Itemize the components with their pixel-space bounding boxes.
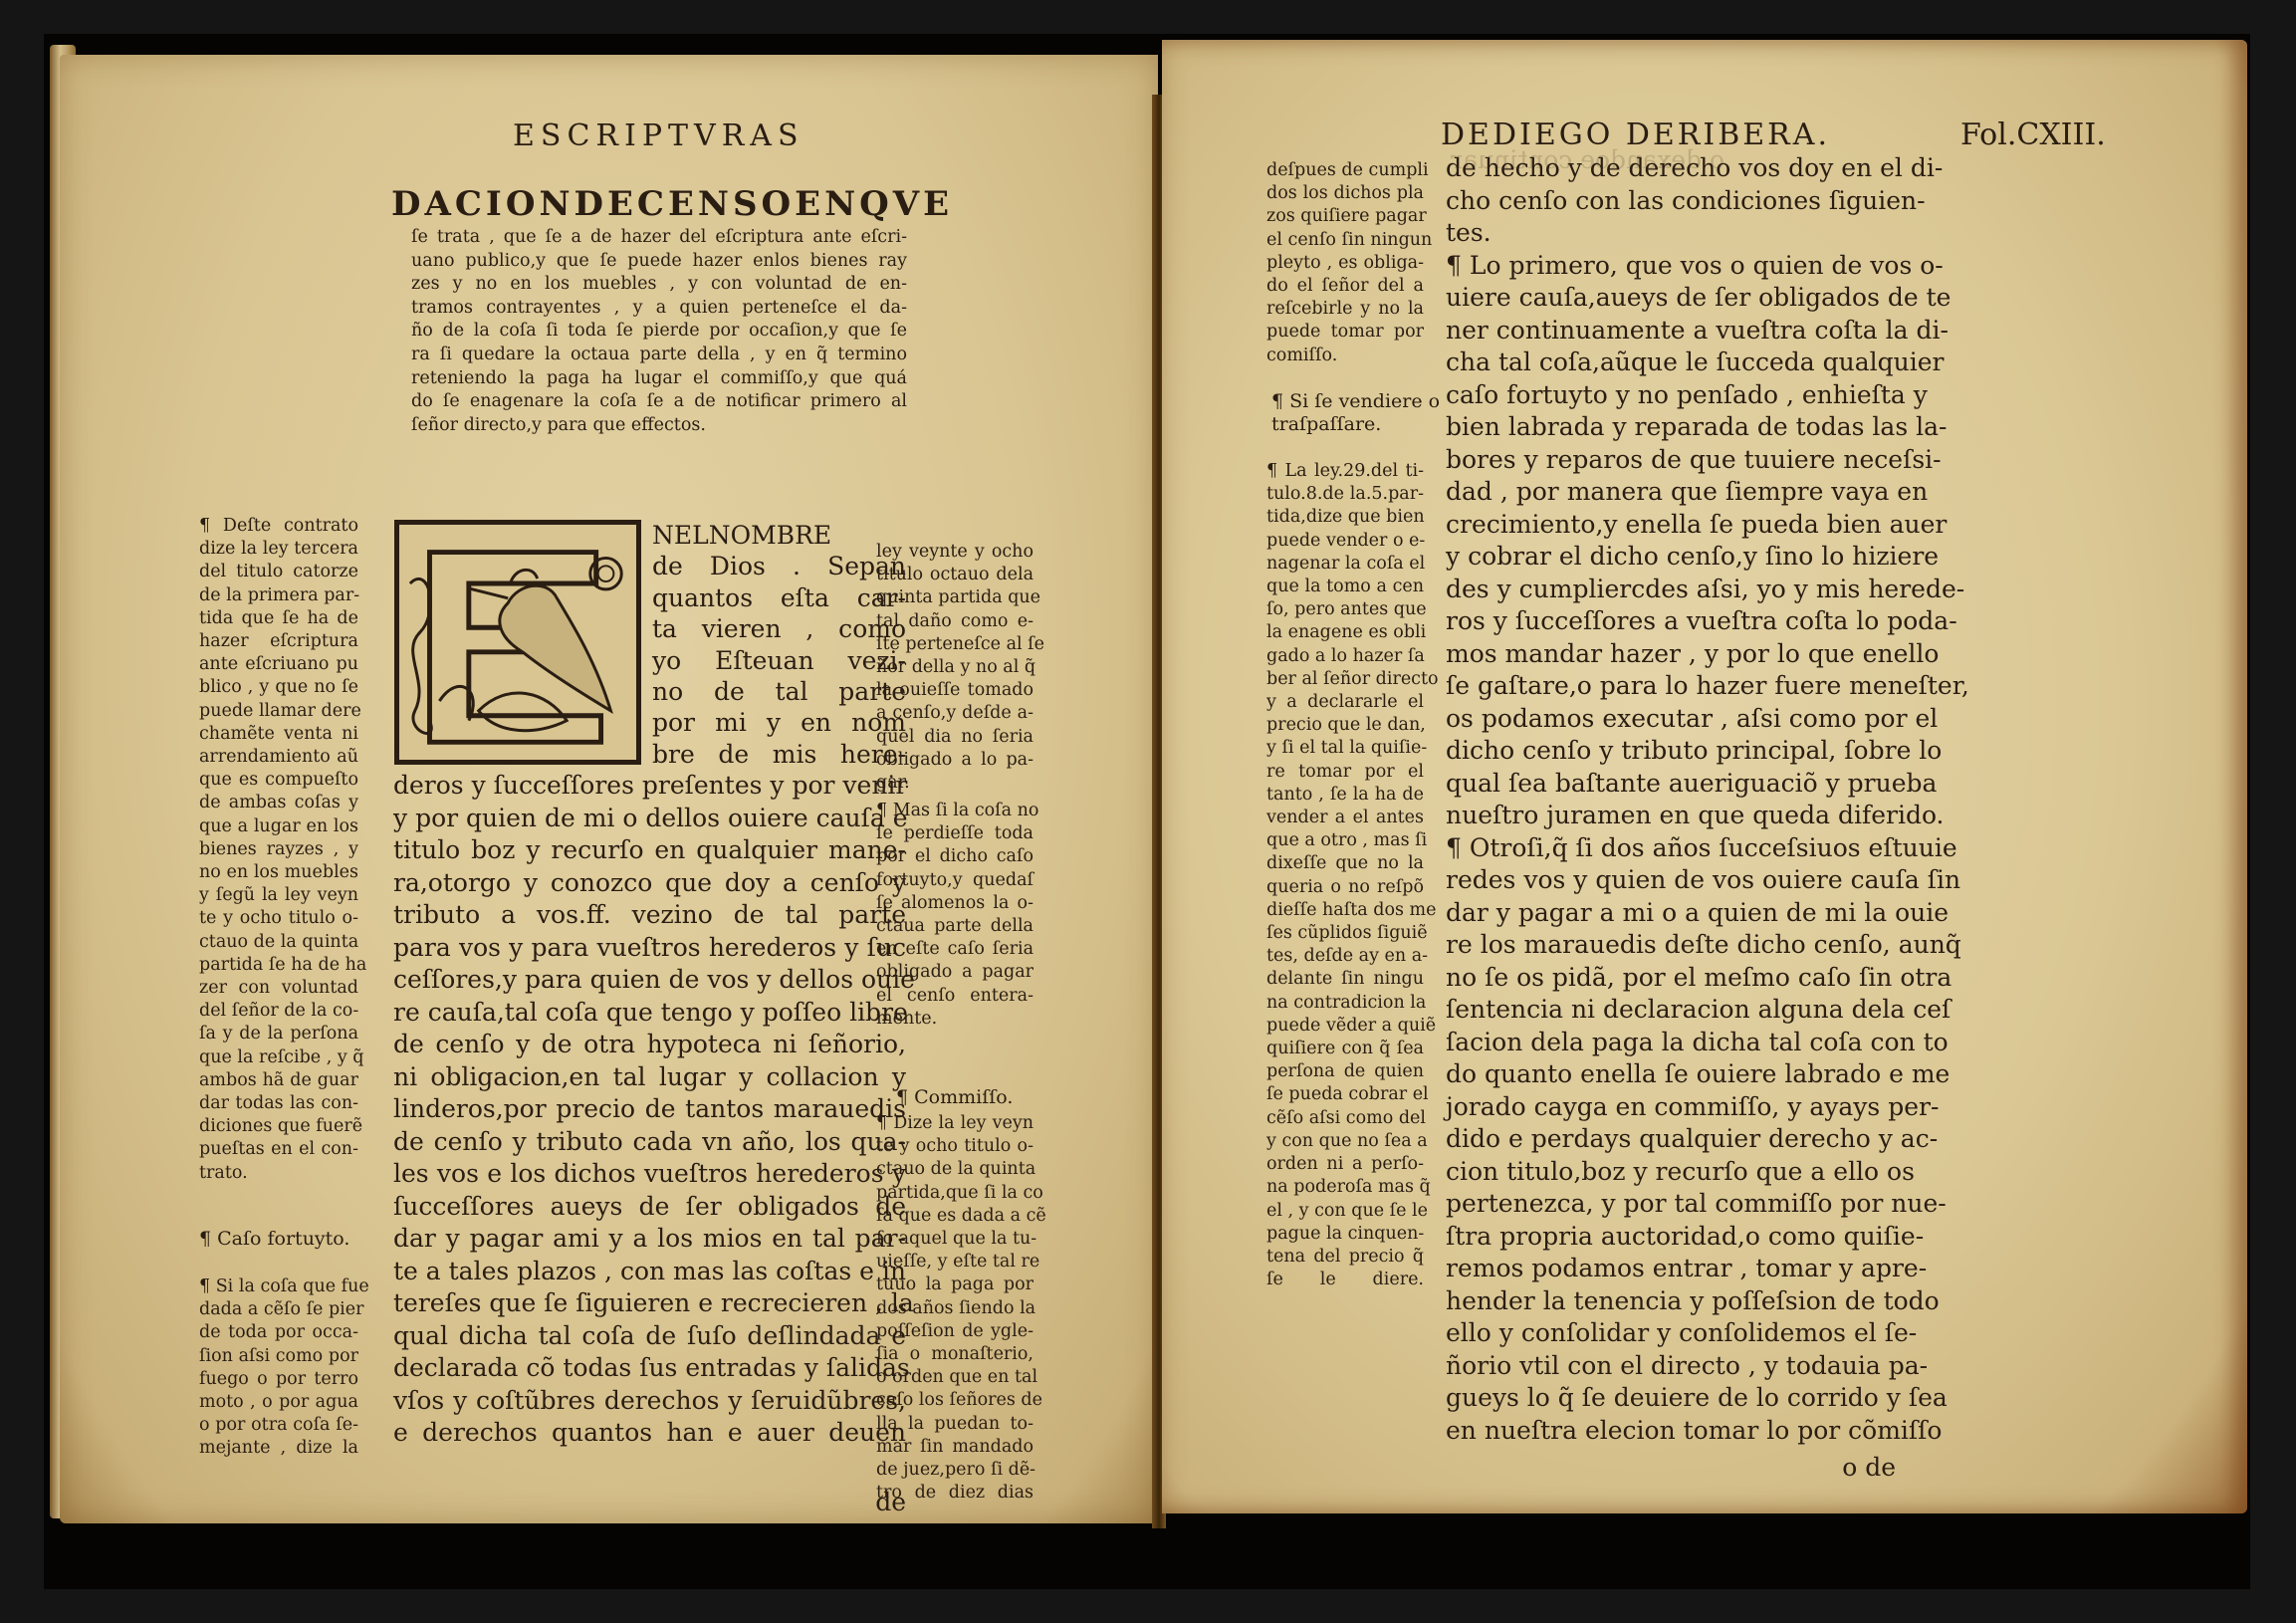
text-line: dos los dichos pla (1266, 182, 1424, 205)
text-line: do ſe enagenare la coſa ſe a de notifica… (411, 390, 907, 414)
text-line: tanto , ſe la ha de (1266, 784, 1424, 807)
text-line: ſe alomenos la o- (876, 892, 1033, 915)
text-line: tes, deſde ay en a- (1266, 945, 1424, 968)
text-line: gueys lo q̃ ſe deuiere de lo corrido y ſ… (1446, 1382, 1896, 1415)
text-line: diciones que fuerẽ (199, 1115, 358, 1138)
text-line: del titulo catorze (199, 561, 358, 583)
text-line: ſentencia ni declaracion alguna dela ceſ (1446, 994, 1896, 1027)
text-line: quiſiere con q̃ ſea (1266, 1038, 1424, 1060)
text-line: que a lugar en los (199, 815, 358, 838)
text-line: la enagene es obli (1266, 621, 1424, 644)
text-line: que la tomo a cen (1266, 576, 1424, 598)
text-line: hender la tenencia y poſſeſsion de todo (1446, 1285, 1896, 1318)
text-line: ſte perteneſce al ſe (876, 633, 1033, 656)
text-line: tida que ſe ha de (199, 607, 358, 630)
text-line: uieſſe, y eſte tal re (876, 1251, 1033, 1274)
text-line: fortuyto,y quedaſ (876, 869, 1033, 892)
text-line: tes. (1446, 217, 1896, 250)
text-line: en eſte caſo ſeria (876, 938, 1033, 961)
text-line: de Dios . Sepan (652, 551, 906, 581)
text-line: vſos y coſtũbres derechos y ſeruidũbres, (393, 1385, 906, 1418)
text-line: te a tales plazos , con mas las coſtas e… (393, 1256, 906, 1288)
text-line: tal daño como e- (876, 610, 1033, 633)
text-line: quel dia no ſeria (876, 726, 1033, 749)
text-line: ſeñor directo,y para que effectos. (411, 414, 907, 438)
text-line: fuego o por terro (199, 1368, 358, 1391)
text-line: cẽſo aſsi como del (1266, 1107, 1424, 1130)
text-line: y cobrar el dicho cenſo,y ſino lo hizier… (1446, 541, 1896, 574)
text-line: ley veynte y ocho (876, 541, 1033, 564)
text-line: pertenezca, y por tal commiſſo por nue- (1446, 1188, 1896, 1221)
text-line: zer con voluntad (199, 977, 358, 1000)
decorated-initial-e (394, 520, 641, 765)
margin-note-left-caso: ¶ Si la coſa que fuedada a cẽſo ſe pierd… (199, 1275, 358, 1461)
text-line: bienes rayzes , y (199, 838, 358, 861)
text-line: ni obligacion,en tal lugar y collacion y (393, 1061, 906, 1094)
body-opening-lines: NELNOMBREde Dios . Sepanquantos eſta car… (652, 520, 906, 770)
text-line: pague la cinquen- (1266, 1223, 1424, 1246)
text-line: ſe perdieſſe toda (876, 822, 1033, 845)
text-line: te y ocho titulo o- (876, 1135, 1033, 1158)
text-line: y a declararle el (1266, 691, 1424, 714)
text-line: ſia o monaſterio, (876, 1343, 1033, 1366)
text-line: caſo los ſeñores de (876, 1389, 1033, 1412)
text-line: tida,dize que bien (1266, 506, 1424, 529)
text-line: partida ſe ha de ha (199, 954, 358, 977)
text-line: tena del precio q̃ (1266, 1246, 1424, 1269)
text-line: qual dicha tal coſa de ſuſo deſlindada e (393, 1320, 906, 1353)
text-line: el cenſo entera- (876, 985, 1033, 1008)
text-line: dieſſe haſta dos me (1266, 899, 1424, 922)
text-line: chamẽte venta ni (199, 723, 358, 746)
text-line: comiſſo. (1266, 345, 1424, 367)
text-line: ſes cũplidos ſiguiẽ (1266, 922, 1424, 945)
text-line: hazer eſcriptura (199, 630, 358, 653)
left-body-text: deros y ſucceſſores preſentes y por veni… (393, 770, 906, 1450)
text-line: obligado a pagar (876, 961, 1033, 984)
text-line: ctauo de la quinta (876, 1158, 1033, 1181)
text-line: dido e perdays qualquier derecho y ac- (1446, 1123, 1896, 1156)
margin-heading-vendiere: ¶ Si ſe vendiere otraſpaſſare. (1271, 390, 1426, 436)
text-line: cha tal coſa,aũque le ſucceda qualquier (1446, 347, 1896, 379)
text-line: ¶ Si la coſa que fue (199, 1275, 358, 1298)
text-line: nagenar la coſa el (1266, 553, 1424, 576)
margin-heading-caso-fortuyto: ¶ Caſo fortuyto. (199, 1228, 358, 1251)
text-line: que a otro , mas ſi (1266, 829, 1424, 852)
text-line: tereſes que ſe ſiguieren e recrecieren ,… (393, 1287, 906, 1320)
text-line: de la primera par- (199, 584, 358, 607)
text-line: de ambas coſas y (199, 792, 358, 814)
text-line: titulo octauo dela (876, 564, 1033, 586)
text-line: ſe le diere. (1266, 1269, 1424, 1291)
text-line: mos mandar hazer , y por lo que enello (1446, 638, 1896, 671)
text-line: de toda por occa- (199, 1321, 358, 1344)
text-line: na contradicion la (1266, 992, 1424, 1015)
text-line: gar. (876, 772, 1033, 795)
text-line: lla la puedan to- (876, 1413, 1033, 1436)
text-line: redes vos y quien de vos ouiere cauſa ſi… (1446, 864, 1896, 897)
text-line: declarada cõ todas ſus entradas y ſalida… (393, 1352, 906, 1385)
text-line: tulo.8.de la.5.par- (1266, 483, 1424, 506)
text-line: os podamos executar , aſsi como por el (1446, 703, 1896, 736)
text-line: crecimiento,y enella ſe pueda bien auer (1446, 509, 1896, 542)
text-line: ſo aquel que la tu- (876, 1228, 1033, 1251)
text-line: ner continuamente a vueſtra coſta la di- (1446, 315, 1896, 348)
text-line: queria o no reſpõ (1266, 876, 1424, 899)
folio-number: Fol.CXIII. (1960, 117, 2106, 152)
text-line: ñor della y no al q̃ (876, 656, 1033, 679)
text-line: perſona de quien (1266, 1060, 1424, 1083)
text-line: orden ni a perſo- (1266, 1153, 1424, 1176)
text-line: por mi y en nom (652, 707, 906, 738)
text-line: reſcebirle y no la (1266, 298, 1424, 321)
text-line: re cauſa,tal coſa que tengo y poſſeo lib… (393, 997, 906, 1030)
text-line: y ſi el tal la quiſie- (1266, 737, 1424, 760)
text-line: partida,que ſi la co (876, 1182, 1033, 1205)
text-line: puede vender o e- (1266, 530, 1424, 553)
text-line: el cenſo ſin ningun (1266, 229, 1424, 252)
text-line: ſa y de la perſona (199, 1023, 358, 1045)
margin-note-right-mas: ¶ Mas ſi la coſa noſe perdieſſe todapor … (876, 800, 1033, 1031)
text-line: traſpaſſare. (1271, 413, 1426, 436)
text-line: dada a cẽſo ſe pier (199, 1298, 358, 1321)
text-line: mar ſin mandado (876, 1436, 1033, 1459)
text-line: ros y ſucceſſores a vueſtra coſta lo pod… (1446, 605, 1896, 638)
text-line: ¶ La ley.29.del ti- (1266, 460, 1424, 483)
text-line: la ouieſſe tomado (876, 679, 1033, 702)
text-line: obligado a lo pa- (876, 749, 1033, 772)
text-line: jorado cayga en commiſſo, y ayays per- (1446, 1091, 1896, 1124)
right-page: o dexandoe continuar DEDIEGO DERIBERA. F… (1162, 40, 2247, 1513)
text-line: dos años ſiendo la (876, 1297, 1033, 1320)
text-line: o orden que en tal (876, 1366, 1033, 1389)
text-line: caſo fortuyto y no penſado , enhieſta y (1446, 379, 1896, 412)
section-heading-block: DACIONDECENSOENQVE ſe trata , que ſe a d… (391, 184, 907, 437)
text-line: ñorio vtil con el directo , y todauia pa… (1446, 1350, 1896, 1383)
text-line: para vos y para vueſtros herederos y ſuc (393, 932, 906, 965)
text-line: bores y reparos de que tuuiere neceſsi- (1446, 444, 1896, 477)
text-line: no en los muebles (199, 861, 358, 884)
text-line: moto , o por agua (199, 1391, 358, 1414)
text-line: ſa que es dada a cẽ (876, 1205, 1033, 1228)
text-line: dar y pagar a mi o a quien de mi la ouie (1446, 897, 1896, 930)
text-line: pleyto , es obliga- (1266, 252, 1424, 275)
text-line: ta vieren , como (652, 613, 906, 644)
text-line: del ſeñor de la co- (199, 1000, 358, 1023)
text-line: y ſegũ la ley veyn (199, 884, 358, 907)
text-line: arrendamiento aũ (199, 746, 358, 769)
text-line: vender a el antes (1266, 807, 1424, 829)
text-line: pueſtas en el con- (199, 1138, 358, 1161)
margin-note-right-commisso: ¶ Dize la ley veynte y ocho titulo o-cta… (876, 1112, 1033, 1505)
text-line: uiere cauſa,aueys de ſer obligados de te (1446, 282, 1896, 315)
text-line: dize la ley tercera (199, 538, 358, 561)
text-line: zes y no en los muebles , y con voluntad… (411, 273, 907, 297)
text-line: ambos hã de guar (199, 1069, 358, 1092)
text-line: quinta partida que (876, 586, 1033, 609)
text-line: dad , por manera que ſiempre vaya en (1446, 476, 1896, 509)
text-line: tro de diez dias (876, 1482, 1033, 1505)
text-line: no de tal parte (652, 676, 906, 707)
text-line: linderos,por precio de tantos marauedis (393, 1093, 906, 1126)
text-line: en nueſtra elecion tomar lo por cõmiſſo (1446, 1415, 1896, 1448)
text-line: ſe pueda cobrar el (1266, 1083, 1424, 1106)
text-line: precio que le dan, (1266, 714, 1424, 737)
text-line: ello y conſolidar y conſolidemos el ſe- (1446, 1317, 1896, 1350)
text-line: ſucceſſores aueys de ſer obligados de (393, 1191, 906, 1224)
text-line: el , y con que ſe le (1266, 1200, 1424, 1223)
text-line: de juez,pero ſi dẽ- (876, 1459, 1033, 1482)
text-line: puede vẽder a quiẽ (1266, 1015, 1424, 1038)
text-line: ſo, pero antes que (1266, 598, 1424, 621)
text-line: ceſſores,y para quien de vos y dellos ou… (393, 964, 906, 997)
text-line: a cenſo,y deſde a- (876, 702, 1033, 725)
text-line: o por otra coſa ſe- (199, 1414, 358, 1437)
text-line: gado a lo hazer ſa (1266, 645, 1424, 668)
margin-heading-commisso: ¶ Commiſſo. (896, 1086, 1045, 1109)
text-line: de hecho y de derecho vos doy en el di- (1446, 152, 1896, 185)
text-line: do quanto enella ſe ouiere labrado e me (1446, 1058, 1896, 1091)
text-line: deſpues de cumpli (1266, 159, 1424, 182)
text-line: blico , y que no ſe (199, 676, 358, 699)
text-line: bre de mis here- (652, 739, 906, 770)
text-line: te y ocho titulo o- (199, 907, 358, 930)
section-summary: ſe trata , que ſe a de hazer del eſcript… (391, 226, 907, 437)
text-line: NELNOMBRE (652, 520, 906, 551)
text-line: deros y ſucceſſores preſentes y por veni… (393, 770, 906, 803)
right-running-head: DEDIEGO DERIBERA. (1441, 117, 1830, 152)
text-line: ¶ Lo primero, que vos o quien de vos o- (1446, 250, 1896, 283)
text-line: zos quiſiere pagar (1266, 205, 1424, 228)
text-line: ber al ſeñor directo (1266, 668, 1424, 691)
text-line: re tomar por el (1266, 761, 1424, 784)
text-line: no ſe os pidã, por el meſmo caſo ſin otr… (1446, 962, 1896, 995)
text-line: titulo boz y recurſo en qualquier mane- (393, 834, 906, 867)
text-line: ¶ Dize la ley veyn (876, 1112, 1033, 1135)
text-line: dicho cenſo y tributo principal, ſobre l… (1446, 735, 1896, 768)
text-line: dixeſſe que no la (1266, 852, 1424, 875)
text-line: nueſtro juramen en que queda diferido. (1446, 800, 1896, 832)
text-line: mejante , dize la (199, 1437, 358, 1460)
text-line: que es compueſto (199, 769, 358, 792)
woodcut-bird-icon (399, 525, 636, 760)
text-line: tributo a vos.ff. vezino de tal parte (393, 899, 906, 932)
text-line: puede llamar dere (199, 700, 358, 723)
text-line: dar todas las con- (199, 1092, 358, 1115)
text-line: e derechos quantos han e auer deuen (393, 1417, 906, 1450)
text-line: ſe trata , que ſe a de hazer del eſcript… (411, 226, 907, 250)
text-line: ſe gaſtare,o para lo hazer fuere meneſte… (1446, 670, 1896, 703)
text-line: na poderoſa mas q̃ (1266, 1176, 1424, 1199)
text-line: des y cumpliercdes aſsi, yo y mis herede… (1446, 574, 1896, 606)
text-line: tuuo la paga por (876, 1274, 1033, 1296)
text-line: por el dicho caſo (876, 845, 1033, 868)
text-line: re los marauedis deſte dicho cenſo, aunq… (1446, 929, 1896, 962)
right-catchword: o de (1799, 1452, 1896, 1485)
text-line: de cenſo y tributo cada vn año, los qua- (393, 1126, 906, 1159)
text-line: mente. (876, 1008, 1033, 1031)
text-line: qual ſea baſtante aueriguaciõ y prueba (1446, 768, 1896, 801)
text-line: ño de la coſa ſi toda ſe pierde por occa… (411, 320, 907, 344)
text-line: de cenſo y de otra hypoteca ni ſeñorio, (393, 1029, 906, 1061)
text-line: ¶ Si ſe vendiere o (1271, 390, 1426, 413)
text-line: cion titulo,boz y recurſo que a ello os (1446, 1156, 1896, 1189)
text-line: quantos eſta car- (652, 582, 906, 613)
text-line: poſſeſion de ygle- (876, 1320, 1033, 1343)
text-line: delante ſin ningu (1266, 968, 1424, 991)
text-line: les vos e los dichos vueſtros herederos … (393, 1158, 906, 1191)
text-line: que la reſcibe , y q̃ (199, 1046, 358, 1069)
section-title: DACIONDECENSOENQVE (391, 184, 907, 224)
text-line: bien labrada y reparada de todas las la- (1446, 411, 1896, 444)
left-running-head: ESCRIPTVRAS (513, 118, 804, 153)
margin-note-ley-29: ¶ La ley.29.del ti-tulo.8.de la.5.par-ti… (1266, 460, 1424, 1291)
text-line: y con que no ſea a (1266, 1130, 1424, 1153)
text-line: ante eſcriuano pu (199, 653, 358, 676)
text-line: ſtra propria auctoridad,o como quiſie- (1446, 1221, 1896, 1254)
text-line: tramos contrayentes , y a quien perteneſ… (411, 297, 907, 321)
text-line: ¶ Deſte contrato (199, 515, 358, 538)
text-line: ctauo de la quinta (199, 931, 358, 954)
text-line: reteniendo la paga ha lugar el commiſſo,… (411, 367, 907, 391)
text-line: ra,otorgo y conozco que doy a cenſo y (393, 867, 906, 900)
text-line: ¶ Mas ſi la coſa no (876, 800, 1033, 822)
margin-note-cumplidos: deſpues de cumplidos los dichos plazos q… (1266, 159, 1424, 367)
text-line: ctaua parte della (876, 915, 1033, 938)
text-line: yo Eſteuan vezi- (652, 645, 906, 676)
text-line: y por quien de mi o dellos ouiere cauſa … (393, 803, 906, 835)
text-line: do el ſeñor del a (1266, 275, 1424, 298)
text-line: remos podamos entrar , tomar y apre- (1446, 1253, 1896, 1285)
right-body-text: de hecho y de derecho vos doy en el di-c… (1446, 152, 1896, 1447)
text-line: ſacion dela paga la dicha tal coſa con t… (1446, 1027, 1896, 1059)
margin-note-right-ley: ley veynte y ochotitulo octauo delaquint… (876, 541, 1033, 795)
margin-note-left-contrato: ¶ Deſte contratodize la ley terceradel t… (199, 515, 358, 1185)
text-line: puede tomar por (1266, 321, 1424, 344)
text-line: uano publico,y que ſe puede hazer enlos … (411, 250, 907, 274)
text-line: ra ſi quedare la octaua parte della , y … (411, 344, 907, 367)
text-line: ſion aſsi como por (199, 1345, 358, 1368)
text-line: dar y pagar ami y a los mios en tal par- (393, 1223, 906, 1256)
left-page: ESCRIPTVRAS DACIONDECENSOENQVE ſe trata … (60, 55, 1158, 1523)
text-line: trato. (199, 1162, 358, 1185)
text-line: cho cenſo con las condiciones ſiguien- (1446, 185, 1896, 218)
text-line: ¶ Otroſi,q̃ ſi dos años ſucceſsiuos eſtu… (1446, 832, 1896, 865)
